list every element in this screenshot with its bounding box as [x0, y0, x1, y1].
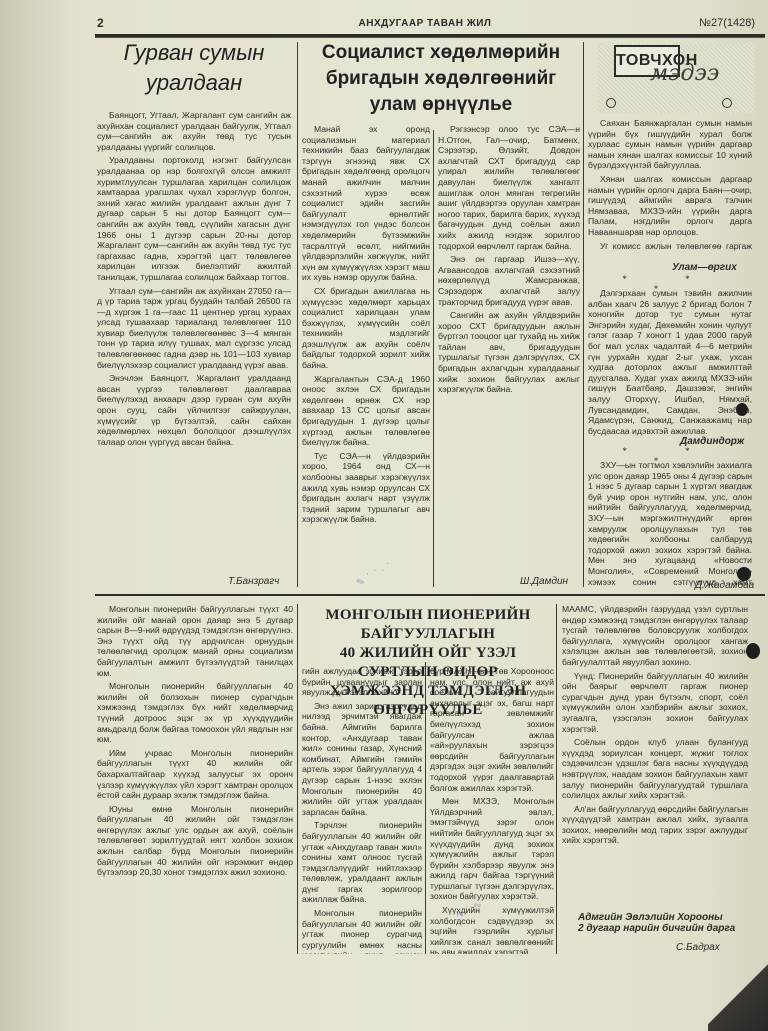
headline-line: МОНГОЛЫН ПИОНЕРИЙН БАЙГУУЛЛАГЫН [302, 606, 554, 644]
page-binding-margin [0, 0, 70, 1031]
article-left-byline: Т.Банзрагч [228, 576, 279, 587]
article-bottom-column-2: гийн ажлуудаа зохиож, тэрэл бүрийн цуваа… [302, 666, 422, 954]
paragraph: Хянан шалгах комиссын даргаар намын үүри… [588, 174, 752, 238]
ink-blot [746, 643, 760, 659]
signoff-line: 2 дугаар нарийн бичгийн дарга [578, 923, 735, 934]
paragraph: Энэ он гаргаар Ишээ—хүү, Агваансодов ахл… [438, 254, 580, 307]
paragraph: Баянцогт, Угтаал, Жаргалант сум сангийн … [97, 110, 291, 152]
headline-line: Социалист хөдөлмөрийн [300, 40, 582, 66]
circle-ornament-icon [606, 98, 616, 108]
headline-line: бригадын хөдөлгөөнийг [300, 66, 582, 92]
paragraph: Рэгзэнсэр олоо тус СЭА—н Н.Отгон, Гал—оч… [438, 124, 580, 251]
article-bottom-column-1: Монголын пионерийн байгууллагын түүхт 40… [97, 604, 293, 952]
masthead: 2 АНХДУГААР ТАВАН ЖИЛ №27(1428) [95, 12, 755, 34]
section-rule [95, 594, 765, 596]
sidebar-item-1-byline: Улам—өргих [672, 262, 737, 273]
paragraph: Ал'ан байгууллагууд өөрсдийн байгуулагын… [562, 804, 748, 846]
sidebar-item-1: Саяхан Баянжаргалан сумын намын үүрийн б… [588, 118, 752, 252]
column-divider [433, 130, 434, 587]
paragraph: СХ бригадын ажиллагаа нь хүмүүсээс хөдөл… [302, 286, 430, 371]
newspaper-title: АНХДУГААР ТАВАН ЖИЛ [95, 18, 755, 29]
logo-script: мэдээ [650, 61, 719, 86]
article-center-column-1: Манай эх оронд социализмын материал техн… [302, 124, 430, 586]
paragraph: Тус СЭА—н үйлдвэрийн хороо, 1964 онд СХ—… [302, 451, 430, 525]
paragraph: Энэ ажил зарим газруудад нилээд эрчимтэй… [302, 701, 422, 818]
paragraph: Жаргалантын СЭА-д 1960 оноос эхлэн СХ бр… [302, 374, 430, 448]
paragraph: Угтаал сум—сангийн аж ахуйнхан 27050 га—… [97, 286, 291, 371]
column-divider [297, 604, 298, 954]
paragraph: Хүүхдийн хүмүүжилтэй холбогдсон сэдвүүдэ… [430, 905, 554, 954]
paragraph: Уралдааны портоколд нэгэнт байгуулсан ур… [97, 155, 291, 282]
paragraph: Тэрчлэн пионерийн байгууллагын 40 жилийн… [302, 820, 422, 905]
paragraph: Монголын пионерийн байгууллагын түүхт 40… [97, 604, 293, 678]
sidebar-item-3: ЗХУ—ын тогтмол хэвлэлийн захиалга улс ор… [588, 460, 752, 588]
headline-line: улам өрнүүлье [300, 92, 582, 118]
signoff-line: Адмгийн Эвлэлийн Хорооны [578, 912, 735, 923]
article-center-headline: Социалист хөдөлмөрийн бригадын хөдөлгөөн… [300, 40, 582, 118]
paragraph: Соёлын ордон клуб улаан булангууд хүүхдэ… [562, 737, 748, 801]
issue-number: №27(1428) [699, 17, 755, 29]
sidebar-item-3-byline: Д.Жадамбаа [695, 580, 754, 591]
paragraph: Монголын пионерийн байгууллагын 40 жилий… [97, 681, 293, 745]
paragraph: Юуны өмнө Монголын пионерийн байгууллагы… [97, 804, 293, 878]
paragraph: Мөн МХЗЭ, Монголын Үйлдвэрчний эвлэл, эм… [430, 796, 554, 902]
sidebar-logo: ТОВЧХОН мэдээ [600, 45, 750, 83]
ink-blot [736, 403, 748, 416]
circle-ornament-icon [722, 98, 732, 108]
paragraph: Ийм учраас Монголын пионерийн байгууллаг… [97, 748, 293, 801]
article-center-byline: Ш.Дамдин [520, 576, 568, 587]
column-divider [297, 42, 298, 587]
column-divider [556, 604, 557, 954]
paragraph: гийн ажлуудаа зохиож, тэрэл бүрийн цуваа… [302, 666, 422, 698]
paragraph: МААМС, үйлдвэрийн газруудад үзэл суртлын… [562, 604, 748, 668]
paragraph: Үүнд: Пионерийн байгууллагын 40 жилийн о… [562, 671, 748, 735]
article-left-headline: Гурван сумын уралдаан [95, 38, 293, 98]
ink-blot [737, 567, 751, 581]
paragraph: бүр МАХН—ын Төв Хорооноос нам, улс, олон… [430, 666, 554, 793]
column-divider [583, 42, 584, 587]
page-curl [708, 941, 768, 1031]
article-center-column-2: Рэгзэнсэр олоо тус СЭА—н Н.Отгон, Гал—оч… [438, 124, 580, 564]
sidebar-item-2: Дэлгэрхаан сумын тэвийн ажилчин албан ха… [588, 288, 752, 438]
article-left-body: Баянцогт, Угтаал, Жаргалант сум сангийн … [97, 110, 291, 530]
paragraph: Сангийн аж ахуйн үйлдвэрийн хороо СХТ бр… [438, 310, 580, 395]
paragraph: Уг комисс ажлын төлөвлөгөө гаргаж ажилда… [588, 241, 752, 252]
article-bottom-signoff: Адмгийн Эвлэлийн Хорооны 2 дугаар нарийн… [578, 912, 735, 934]
paragraph: ЗХУ—ын тогтмол хэвлэлийн захиалга улс ор… [588, 460, 752, 588]
paragraph: Монголын пионерийн байгууллагын 40 жилий… [302, 908, 422, 954]
article-bottom-column-4: МААМС, үйлдвэрийн газруудад үзэл суртлын… [562, 604, 748, 890]
paragraph: Дэлгэрхаан сумын тэвийн ажилчин албан ха… [588, 288, 752, 436]
headline-line: уралдаан [95, 68, 293, 98]
paragraph: Саяхан Баянжаргалан сумын намын үүрийн б… [588, 118, 752, 171]
paragraph: Энэчлэн Баянцогт, Жаргалант уралдаанд ав… [97, 373, 291, 447]
paragraph: Манай эх оронд социализмын материал техн… [302, 124, 430, 283]
article-bottom-column-3: бүр МАХН—ын Төв Хорооноос нам, улс, олон… [430, 666, 554, 954]
headline-line: Гурван сумын [95, 38, 293, 68]
